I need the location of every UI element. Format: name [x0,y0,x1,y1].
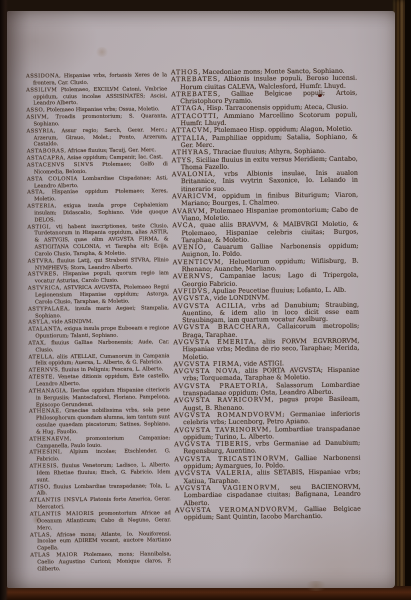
index-entry: AVARICVM, oppidum in finibus Biturigum; … [172,192,358,208]
index-entry: ATESTE, Venetae ditionis oppidum, Este c… [29,373,170,388]
index-entry: ASTYPALAEA, insula maris Aegaei; Stampal… [28,305,169,320]
entry-headword: ATYS [172,157,192,164]
index-entry: AVENIO, Cauarum Galliae Narbonensis oppi… [173,243,359,259]
index-entry: AVCA, quae aliis BRAVVM, & MAIBVRGI Mole… [172,221,358,245]
entry-headword: ATLANTIS INSVLA [30,497,88,504]
entry-headword: ASTA [27,190,43,196]
entry-text: , quae aliis BRAVVM, & MAIBVRGI Moletio,… [181,221,358,244]
entry-headword: ASTVRES [28,272,57,278]
index-entry: ATHESIS, fluuius Venetorum; Ladisco, L. … [29,462,170,484]
index-entry: AVGVSTA VEROMANDVORVM, Galliae Belgicae … [175,505,361,521]
index-entry: ATTACOTTI, Ammiano Marcellino Scotorum p… [171,111,357,127]
entry-headword: AVERNVS [173,273,211,280]
index-entry: AVGVSTA VAGIENORVM, seu BACIENORVM, Lomb… [175,484,361,508]
entry-text: , Hispaniae oppidum Ptolemaeo; Xeres, Mo… [34,189,168,203]
index-entry: ATYS, Siciliae fluuius in exitu versus M… [172,155,358,171]
entry-headword: AVALONIA [172,171,213,178]
index-entry: ATLAS, Africae mons; Atlante, Io. Nouifo… [30,531,171,553]
entry-headword: ATREBATES [171,91,218,98]
entry-headword: ATHYRAS [172,149,209,156]
entry-headword: ATLANTIS MAIORIS [30,511,94,518]
entry-headword: ATHANAGIA [29,388,67,394]
entry-headword: ASTACAPRA [27,155,64,161]
entry-text: , aliis ATELLAE, Cumanorum in Campania f… [36,353,170,367]
index-entry: AVGVSTA BRACCHARA, Callaicorum metropoli… [173,323,359,339]
entry-headword: ASTYPALAEA [28,306,68,312]
entry-headword: ATAX [28,340,44,346]
entry-headword: ASTERIA [27,203,54,209]
entry-headword: AVGVSTA RAVRICORVM [174,397,272,405]
entry-headword: AVGVSTA BRACCHARA [173,324,268,332]
index-entry: AVGVSTA PRAETORIA, Salassorum Lombardiae… [174,381,360,397]
entry-headword: ASTABORAS [27,148,65,154]
index-entry: ASSYRIA, Assur regio; Sarch, Gerar. Merc… [26,127,167,149]
entry-headword: AVFIDVS [173,288,208,295]
index-entry: ATLAS MAIOR Ptolemaeo, mons; Hannibalsa,… [30,551,171,573]
index-entry: ATREBATES, Albionis insulae populi, Bero… [171,75,357,91]
index-entry: ASSILIVM Ptolemaeo, EXCILVM Catoni, Vmbr… [26,86,167,108]
entry-text: , Assur regio; Sarch, Gerar. Merc.; Arze… [34,127,168,148]
entry-headword: ASSILIVM [26,87,57,93]
photo-right-border [405,0,411,600]
index-entry: ATLANTIS MAIORIS promontorium Africae ad… [30,510,171,532]
entry-headword: ASSYRIA [26,128,53,134]
entry-headword: ATHESINI [29,450,60,456]
entry-text: , vide ASTIGI. [240,360,284,367]
entry-text: , fluuius Galliae Narbonensis; Aude, Car… [35,339,169,353]
entry-text: , exigua insula prope Cephaleniam insula… [34,202,168,223]
entry-headword: ASTIGI [27,224,49,230]
text-block: ASSIDONA, Hispaniae vrbs, fortassis Xere… [4,9,397,589]
entry-text: , Asiae oppidum; Campanir, Iac. Cast. [64,154,163,161]
index-entry: ASTACENVS SINVS Ptolemaeo; Golfo di Nico… [27,161,168,176]
index-entry: AVGVSTA ACILIA, vrbs ad Danubium; Straub… [173,301,359,325]
index-entry: AVGVSTA NOVA, aliis PORTA AVGVSTA; Hispa… [174,367,360,383]
entry-headword: ATHESIS [29,463,57,469]
index-entry: ASTERIA, exigua insula prope Cephaleniam… [27,202,168,224]
index-entry: AVGVSTA RAVRICORVM, pagus prope Basileam… [174,396,360,412]
entry-headword: ASTVRA [28,258,53,264]
entry-headword: ATTACOTTI [171,113,216,120]
index-entry: ASIVM, Troadis promontorium; S. Quaranta… [26,113,167,128]
entry-text: , Africae mons; Atlante, Io. Nouiforensi… [37,531,171,552]
entry-headword: ATLAS [30,532,50,538]
index-entry: AVGVSTA TIBERIS, vrbs Germaniae ad Danub… [174,440,360,456]
entry-headword: ATTAGA [171,105,202,112]
index-entry: AVARVM, Ptolemaeo Hispaniae promontorium… [172,206,358,222]
entry-headword: ASSIDONA [26,73,59,79]
entry-headword: AVARICVM [172,193,214,200]
index-entry: AVGVSTA VALERIA, aliis SETABIS, Hispania… [174,469,360,485]
entry-headword: ATHENAE [29,409,60,415]
text-column-right: ATHOS, Macedoniae mons; Monte Sancto, So… [171,68,361,522]
entry-text: , Pamphiliae oppidum; Satalia, Sophiano,… [181,133,358,149]
entry-headword: ATELLA [28,354,52,360]
entry-text: , Troadis promontorium; S. Quaranta, Sop… [33,113,167,127]
entry-text: , Siciliae fluuius in exitu versus Merid… [181,155,358,171]
book-page: ASSIDONA, Hispaniae vrbs, fortassis Xere… [7,11,395,588]
index-entry: ATAX, fluuius Galliae Narbonensis; Aude,… [28,339,169,354]
index-entry: AVGVSTA TAVRINORVM, Lombardiae transpada… [174,425,360,441]
index-entry: ATHENAE, Graeciae nobilissima vrbs, sola… [29,408,170,437]
entry-headword: AVGVSTA [173,295,210,302]
entry-text: , Africae fluuius; Tacuij, Ger. Merc. [64,148,156,155]
entry-headword: ASTVRICA [28,285,60,291]
index-entry: ATALANTA, exigua insula prope Euboeam e … [28,325,169,340]
entry-headword: ATESTE [29,374,53,380]
index-entry: ATHANAGIA, Ilerdae oppidum Hispaniae cit… [29,387,170,409]
index-entry: ASTA, Hispaniae oppidum Ptolemaeo; Xeres… [27,189,168,204]
entry-text: , Venetae ditionis oppidum, Este castell… [36,373,170,387]
entry-text: , vide ASINDVM. [48,319,93,325]
entry-headword: AVENIO [173,244,204,251]
index-entry: AVENTICVM, Heluetiorum oppidum; Wiflisbu… [173,257,359,273]
entry-headword: AVCA [172,222,193,229]
entry-headword: ATHOS [171,69,198,76]
entry-text: , fluuius Venetorum; Ladisco, L. Alberto… [36,462,170,483]
entry-headword: ATHENAEVM [29,436,69,442]
text-column-left: ASSIDONA, Hispaniae vrbs, fortassis Xere… [26,72,171,573]
entry-headword: ATISO [30,484,49,490]
entry-headword: ASTACENVS SINVS [27,162,94,169]
entry-headword: ATERNVS [29,368,59,374]
index-entry: AVGVSTA TRICASTINORVM, Galliae Narbonens… [174,454,360,470]
index-entry: ASTVRICA, ASTVRICA AVGVSTA, Ptolemaeo Re… [28,284,169,306]
index-entry: AVGVSTA ROMANDVORVM; Germaniae inferiori… [174,411,360,427]
index-entry: ATLANTIS INSVLA Platonis forte America, … [30,497,171,512]
entry-headword: AVARVM [172,208,205,215]
index-entry: ATTALIA, Pamphiliae oppidum; Satalia, So… [172,133,358,149]
index-entry: ASTVRES, Hispaniae populi, quorum regio … [28,271,169,286]
entry-text: , fluuius Latij, qui Straboni STVRA, Pli… [35,257,169,271]
book-photo: ASSIDONA, Hispaniae vrbs, fortassis Xere… [0,0,411,600]
entry-headword: ASSO [26,108,43,114]
entry-headword: ATLAS MAIOR [30,552,78,558]
entry-headword: ASYLA [28,320,48,326]
entry-text: , fluuius Lombardiae transpadanae; Tola,… [37,483,171,497]
entry-headword: ATREBATES [171,76,218,83]
entry-headword: ATTALIA [172,135,206,142]
index-entry: AVALONIA, vrbs Albionis insulae, Inis au… [172,170,358,194]
entry-headword: ATALANTA [28,326,61,332]
index-entry: ATREBATES, Galliae Belgicae populi; Arto… [171,90,357,106]
entry-text: , vti habent inscriptiones, teste Clusio… [34,223,168,258]
index-entry: AVGVSTA EMERITA, aliis FORVM EGVRRORVM, … [173,338,359,362]
entry-headword: ATTACVM [171,127,209,134]
entry-headword: ASIVM [26,114,47,120]
index-entry: ASSIDONA, Hispaniae vrbs, fortassis Xere… [26,72,167,87]
index-entry: ASTIGI, vti habent inscriptiones, teste … [27,223,168,258]
entry-text: , Apuliae Peucetiae fluuius; Lofanto, L.… [208,287,346,295]
entry-headword: ASTA COLONIA [27,176,78,182]
index-entry: AVERNVS, Campaniae lacus; Lago di Triper… [173,272,359,288]
entry-text: , Ptolemaeo Hispaniae promontorium; Cabo… [181,206,358,222]
index-entry: ATHESINI, Alpium incolae; Etschlender, G… [29,449,170,464]
entry-headword: AVENTICVM [173,259,222,266]
entry-text: , Cauarum Galliae Narbonensis oppidum; A… [182,243,359,259]
